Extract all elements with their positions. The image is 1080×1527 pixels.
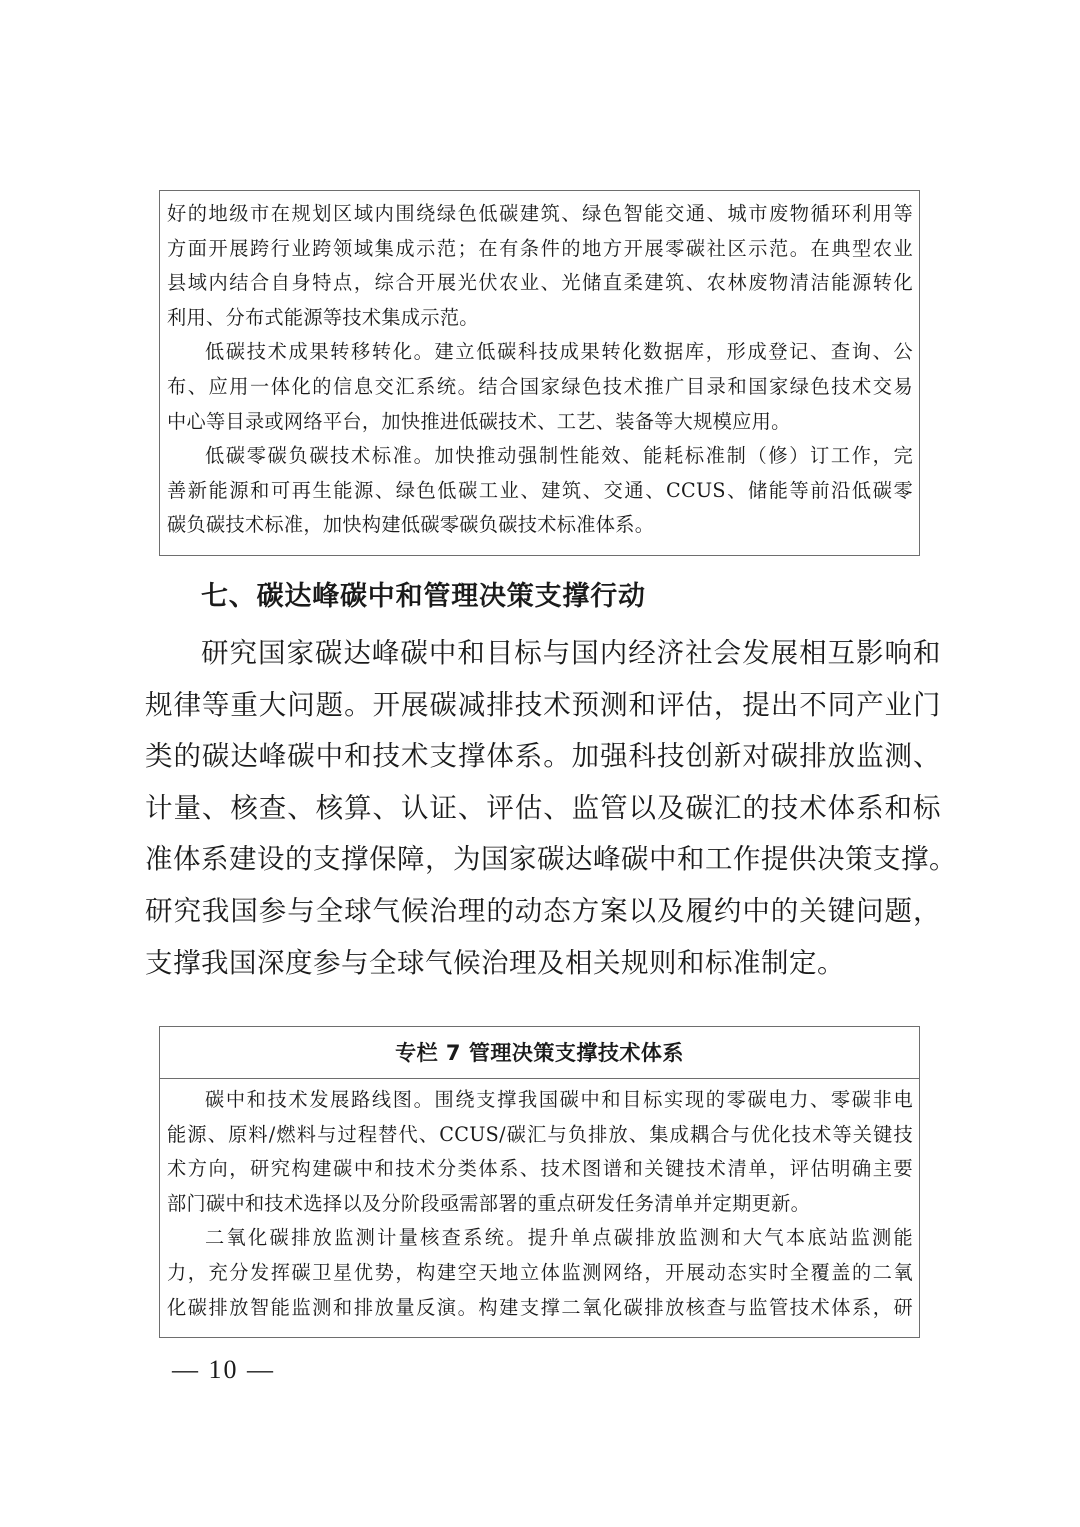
- body-text-line: 支撑我国深度参与全球气候治理及相关规则和标准制定。: [145, 938, 941, 990]
- body-paragraph: 研究国家碳达峰碳中和目标与国内经济社会发展相互影响和 规律等重大问题。开展碳减排…: [145, 628, 941, 989]
- body-text-line: 计量、核查、核算、认证、评估、监管以及碳汇的技术体系和标: [145, 783, 941, 835]
- box-text-line: 县域内结合自身特点，综合开展光伏农业、光储直柔建筑、农林废物清洁能源转化: [167, 266, 913, 301]
- box-text-line: 化碳排放智能监测和排放量反演。构建支撑二氧化碳排放核查与监管技术体系，研: [167, 1291, 913, 1326]
- box-text-line: 部门碳中和技术选择以及分阶段亟需部署的重点研发任务清单并定期更新。: [167, 1187, 913, 1222]
- box-text-line: 好的地级市在规划区域内围绕绿色低碳建筑、绿色智能交通、城市废物循环利用等: [167, 197, 913, 232]
- box-text-line: 布、应用一体化的信息交汇系统。结合国家绿色技术推广目录和国家绿色技术交易: [167, 370, 913, 405]
- column-body: 碳中和技术发展路线图。围绕支撑我国碳中和目标实现的零碳电力、零碳非电 能源、原料…: [160, 1079, 919, 1325]
- box-paragraph-roadmap: 碳中和技术发展路线图。围绕支撑我国碳中和目标实现的零碳电力、零碳非电: [167, 1083, 913, 1118]
- body-text-line: 类的碳达峰碳中和技术支撑体系。加强科技创新对碳排放监测、: [145, 731, 941, 783]
- box-text-line: 术方向，研究构建碳中和技术分类体系、技术图谱和关键技术清单，评估明确主要: [167, 1152, 913, 1187]
- body-text-line: 规律等重大问题。开展碳减排技术预测和评估，提出不同产业门: [145, 680, 941, 732]
- box-text-line: 碳负碳技术标准，加快构建低碳零碳负碳技术标准体系。: [167, 508, 913, 543]
- body-text-line: 研究我国参与全球气候治理的动态方案以及履约中的关键问题，: [145, 886, 941, 938]
- box-text-line: 力，充分发挥碳卫星优势，构建空天地立体监测网络，开展动态实时全覆盖的二氧: [167, 1256, 913, 1291]
- body-text-line: 研究国家碳达峰碳中和目标与国内经济社会发展相互影响和: [145, 628, 941, 680]
- box-text-line: 善新能源和可再生能源、绿色低碳工业、建筑、交通、CCUS、储能等前沿低碳零: [167, 474, 913, 509]
- page-number: — 10 —: [172, 1352, 275, 1388]
- textbox-column-continued: 好的地级市在规划区域内围绕绿色低碳建筑、绿色智能交通、城市废物循环利用等 方面开…: [159, 190, 920, 556]
- box-text-line: 方面开展跨行业跨领域集成示范；在有条件的地方开展零碳社区示范。在典型农业: [167, 232, 913, 267]
- column-title: 专栏 7 管理决策支撑技术体系: [160, 1027, 919, 1079]
- textbox-column-7: 专栏 7 管理决策支撑技术体系 碳中和技术发展路线图。围绕支撑我国碳中和目标实现…: [159, 1026, 920, 1338]
- box-text-line: 能源、原料/燃料与过程替代、CCUS/碳汇与负排放、集成耦合与优化技术等关键技: [167, 1118, 913, 1153]
- box-paragraph-low-carbon-transfer: 低碳技术成果转移转化。建立低碳科技成果转化数据库，形成登记、查询、公: [167, 335, 913, 370]
- box-text-line: 中心等目录或网络平台，加快推进低碳技术、工艺、装备等大规模应用。: [167, 405, 913, 440]
- box-paragraph-standards: 低碳零碳负碳技术标准。加快推动强制性能效、能耗标准制（修）订工作，完: [167, 439, 913, 474]
- section-heading: 七、碳达峰碳中和管理决策支撑行动: [201, 577, 646, 617]
- box-text-line: 利用、分布式能源等技术集成示范。: [167, 301, 913, 336]
- body-text-line: 准体系建设的支撑保障，为国家碳达峰碳中和工作提供决策支撑。: [145, 834, 941, 886]
- box-paragraph-co2-monitoring: 二氧化碳排放监测计量核查系统。提升单点碳排放监测和大气本底站监测能: [167, 1221, 913, 1256]
